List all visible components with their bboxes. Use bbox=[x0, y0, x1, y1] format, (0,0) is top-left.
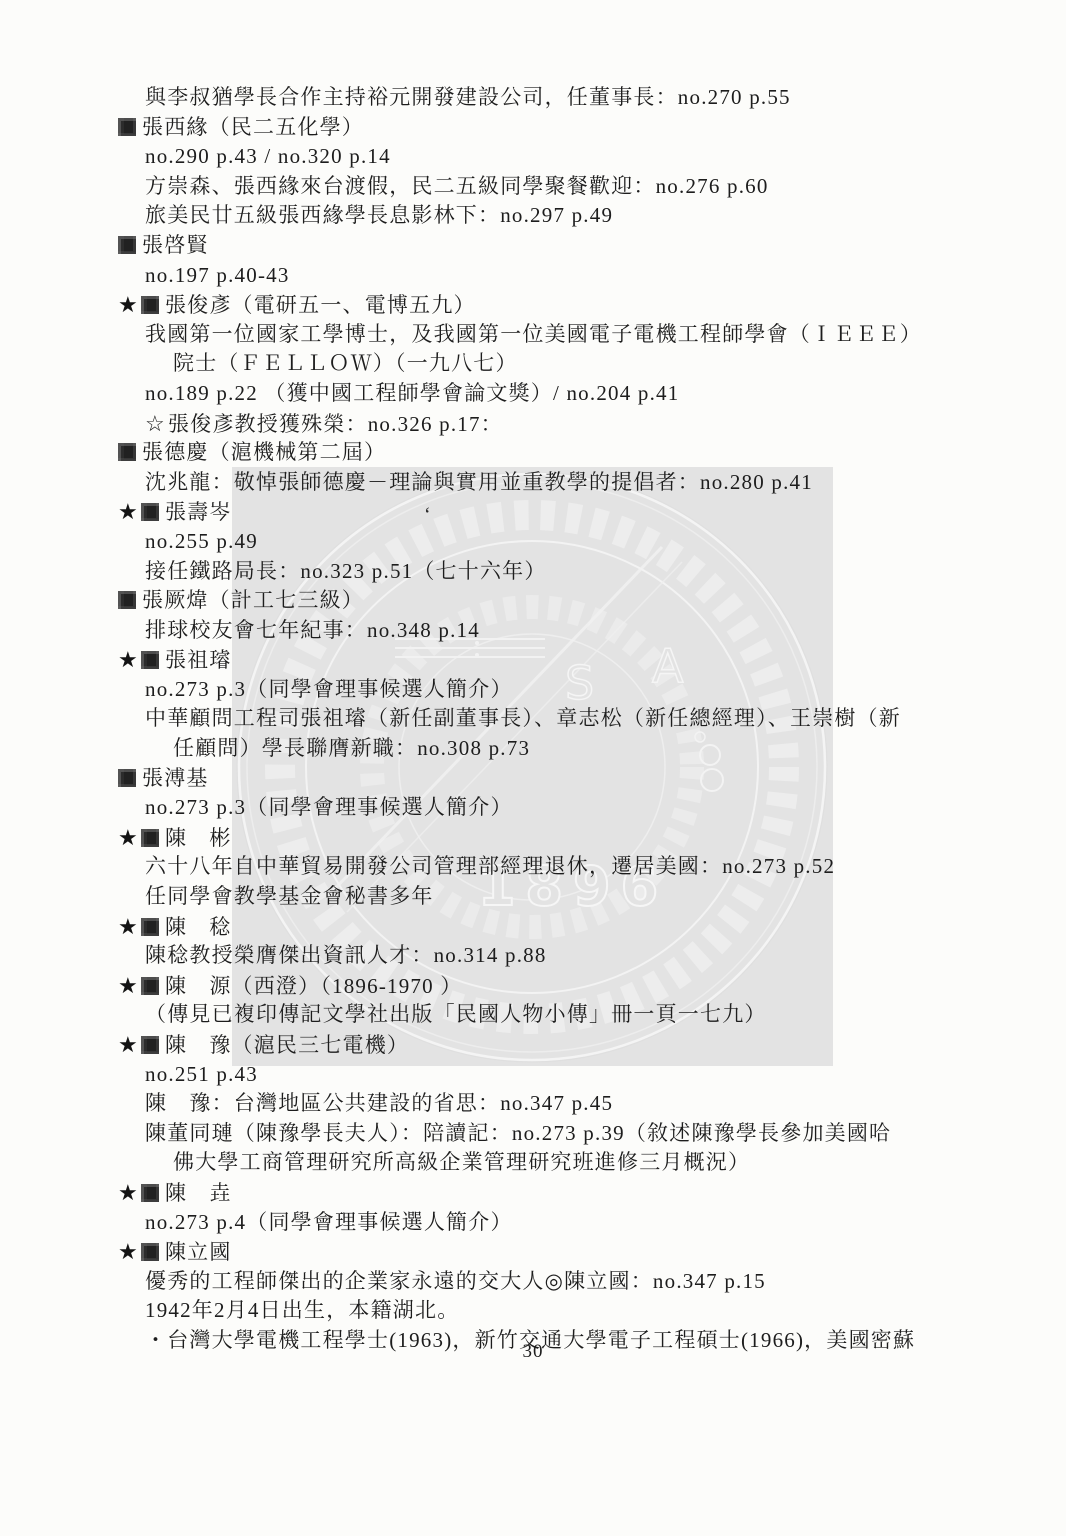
line-text: 旅美民廿五級張西緣學長息影林下：no.297 p.49 bbox=[145, 203, 613, 227]
reference-line: no.290 p.43 / no.320 p.14 bbox=[118, 142, 998, 172]
star-icon: ★ bbox=[118, 1030, 139, 1060]
reference-line: 沈兆龍：敬悼張師德慶－理論與實用並重教學的提倡者：no.280 p.41 bbox=[118, 468, 998, 498]
line-text: no.273 p.4（同學會理事候選人簡介） bbox=[145, 1210, 513, 1234]
line-text: 張西緣（民二五化學） bbox=[142, 115, 364, 139]
reference-line: no.189 p.22 （獲中國工程師學會論文獎）/ no.204 p.41 bbox=[118, 379, 998, 409]
line-text: 張俊彥教授獲殊榮：no.326 p.17： bbox=[168, 412, 503, 436]
reference-line: 中華顧問工程司張祖璿（新任副董事長）、章志松（新任總經理）、王崇樹（新 bbox=[118, 704, 998, 734]
line-text: no.197 p.40-43 bbox=[145, 263, 290, 287]
line-text: 中華顧問工程司張祖璿（新任副董事長）、章志松（新任總經理）、王崇樹（新 bbox=[145, 706, 901, 730]
line-text: 陳 稔 bbox=[165, 915, 232, 939]
line-text: 優秀的工程師傑出的企業家永遠的交大人◎陳立國：no.347 p.15 bbox=[145, 1269, 766, 1293]
entry-line: 張啓賢 bbox=[118, 231, 998, 261]
reference-line: 任顧問）學長聯膺新職：no.308 p.73 bbox=[118, 734, 998, 764]
reference-line: 旅美民廿五級張西緣學長息影林下：no.297 p.49 bbox=[118, 201, 998, 231]
line-text: 方崇森、張西緣來台渡假，民二五級同學聚餐歡迎：no.276 p.60 bbox=[145, 174, 769, 198]
reference-line: no.273 p.4（同學會理事候選人簡介） bbox=[118, 1208, 998, 1238]
line-text: no.251 p.43 bbox=[145, 1062, 258, 1086]
line-text: 佛大學工商管理研究所高級企業管理研究班進修三月概況） bbox=[173, 1150, 750, 1174]
reference-line: 院士（ＦＥＬＬＯＷ）（一九八七） bbox=[118, 349, 998, 379]
reference-line: 接任鐵路局長：no.323 p.51（七十六年） bbox=[118, 557, 998, 587]
ink-stamp-icon bbox=[141, 829, 159, 847]
reference-line: no.273 p.3（同學會理事候選人簡介） bbox=[118, 793, 998, 823]
star-icon: ★ bbox=[118, 645, 139, 675]
ink-stamp-icon bbox=[141, 503, 159, 521]
line-text: 陳立國 bbox=[165, 1240, 232, 1264]
line-text: no.290 p.43 / no.320 p.14 bbox=[145, 144, 391, 168]
star-icon: ★ bbox=[118, 1178, 139, 1208]
reference-line: （傳見已複印傳記文學社出版「民國人物小傳」冊一頁一七九） bbox=[118, 1000, 998, 1030]
star-icon: ★ bbox=[118, 912, 139, 942]
line-text: 任同學會教學基金會秘書多年 bbox=[145, 884, 434, 908]
line-text: 接任鐵路局長：no.323 p.51（七十六年） bbox=[145, 559, 547, 583]
reference-line: no.251 p.43 bbox=[118, 1060, 998, 1090]
ink-stamp-icon bbox=[141, 1184, 159, 1202]
entry-line: ★張俊彥（電研五一、電博五九） bbox=[118, 290, 998, 320]
entry-line: ★陳 豫（滬民三七電機） bbox=[118, 1030, 998, 1060]
ink-stamp-icon bbox=[141, 1243, 159, 1261]
line-text: 張溥基 bbox=[142, 766, 209, 790]
reference-line: 優秀的工程師傑出的企業家永遠的交大人◎陳立國：no.347 p.15 bbox=[118, 1267, 998, 1297]
entry-line: 張溥基 bbox=[118, 764, 998, 794]
scan-artifact-mark: ʻ bbox=[424, 504, 431, 527]
ink-stamp-icon bbox=[141, 977, 159, 995]
line-text: 陳 垚 bbox=[165, 1181, 232, 1205]
ink-stamp-icon bbox=[141, 296, 159, 314]
ink-stamp-icon bbox=[118, 769, 136, 787]
entry-line: ★陳 源（西澄）（1896-1970 ） bbox=[118, 971, 998, 1001]
line-text: 排球校友會七年紀事：no.348 p.14 bbox=[145, 618, 480, 642]
line-text: 陳 彬 bbox=[165, 826, 232, 850]
line-text: 我國第一位國家工學博士，及我國第一位美國電子電機工程師學會（ＩＥＥＥ） bbox=[145, 322, 922, 346]
line-text: 張厥煒（計工七三級） bbox=[142, 588, 364, 612]
entry-line: 張厥煒（計工七三級） bbox=[118, 586, 998, 616]
line-text: 陳稔教授榮膺傑出資訊人才：no.314 p.88 bbox=[145, 943, 547, 967]
entry-line: ★張祖璿 bbox=[118, 645, 998, 675]
line-text: 與李叔猶學長合作主持裕元開發建設公司，任董事長：no.270 p.55 bbox=[145, 85, 791, 109]
reference-line: 陳 豫：台灣地區公共建設的省思：no.347 p.45 bbox=[118, 1089, 998, 1119]
ink-stamp-icon bbox=[118, 443, 136, 461]
scanned-page: S A 1896 與李叔猶學長合作主持裕元開發建設公司，任董事長：no.270 … bbox=[0, 0, 1066, 1536]
line-text: 陳 豫：台灣地區公共建設的省思：no.347 p.45 bbox=[145, 1091, 613, 1115]
line-text: no.255 p.49 bbox=[145, 529, 258, 553]
ink-stamp-icon bbox=[118, 236, 136, 254]
line-text: 陳 源（西澄）（1896-1970 ） bbox=[165, 974, 463, 998]
line-text: 任顧問）學長聯膺新職：no.308 p.73 bbox=[173, 736, 530, 760]
ink-stamp-icon bbox=[118, 591, 136, 609]
line-text: 張啓賢 bbox=[142, 233, 209, 257]
ink-stamp-icon bbox=[118, 118, 136, 136]
reference-line: 陳稔教授榮膺傑出資訊人才：no.314 p.88 bbox=[118, 941, 998, 971]
line-text: 陳 豫（滬民三七電機） bbox=[165, 1033, 409, 1057]
reference-line: no.273 p.3（同學會理事候選人簡介） bbox=[118, 675, 998, 705]
reference-line: 陳董同璉（陳豫學長夫人）：陪讀記：no.273 p.39（敘述陳豫學長參加美國哈 bbox=[118, 1119, 998, 1149]
entry-line: ★張壽岑 bbox=[118, 497, 998, 527]
line-text: 張壽岑 bbox=[165, 500, 232, 524]
index-text-block: 與李叔猶學長合作主持裕元開發建設公司，任董事長：no.270 p.55張西緣（民… bbox=[118, 83, 998, 1356]
reference-line: 與李叔猶學長合作主持裕元開發建設公司，任董事長：no.270 p.55 bbox=[118, 83, 998, 113]
line-text: no.273 p.3（同學會理事候選人簡介） bbox=[145, 677, 513, 701]
star-icon: ★ bbox=[118, 823, 139, 853]
outline-star-icon: ☆ bbox=[145, 409, 166, 439]
line-text: no.189 p.22 （獲中國工程師學會論文獎）/ no.204 p.41 bbox=[145, 381, 679, 405]
entry-line: ★陳 稔 bbox=[118, 912, 998, 942]
entry-line: 張德慶（滬機械第二屆） bbox=[118, 438, 998, 468]
reference-line: 排球校友會七年紀事：no.348 p.14 bbox=[118, 616, 998, 646]
entry-line: ★陳 垚 bbox=[118, 1178, 998, 1208]
entry-line: 張西緣（民二五化學） bbox=[118, 113, 998, 143]
line-text: 張祖璿 bbox=[165, 648, 232, 672]
line-text: 院士（ＦＥＬＬＯＷ）（一九八七） bbox=[173, 351, 518, 375]
line-text: 六十八年自中華貿易開發公司管理部經理退休，遷居美國：no.273 p.52 bbox=[145, 854, 835, 878]
reference-line: no.197 p.40-43 bbox=[118, 261, 998, 291]
entry-line: ★陳立國 bbox=[118, 1237, 998, 1267]
entry-line: ★陳 彬 bbox=[118, 823, 998, 853]
ink-stamp-icon bbox=[141, 918, 159, 936]
reference-line: ☆張俊彥教授獲殊榮：no.326 p.17： bbox=[118, 409, 998, 439]
reference-line: 1942年2月4日出生，本籍湖北。 bbox=[118, 1296, 998, 1326]
reference-line: 任同學會教學基金會秘書多年 bbox=[118, 882, 998, 912]
reference-line: no.255 p.49 bbox=[118, 527, 998, 557]
page-number: 30 bbox=[0, 1341, 1066, 1363]
reference-line: 我國第一位國家工學博士，及我國第一位美國電子電機工程師學會（ＩＥＥＥ） bbox=[118, 320, 998, 350]
reference-line: 六十八年自中華貿易開發公司管理部經理退休，遷居美國：no.273 p.52 bbox=[118, 852, 998, 882]
ink-stamp-icon bbox=[141, 651, 159, 669]
star-icon: ★ bbox=[118, 971, 139, 1001]
line-text: no.273 p.3（同學會理事候選人簡介） bbox=[145, 795, 513, 819]
line-text: 張德慶（滬機械第二屆） bbox=[142, 440, 386, 464]
reference-line: 方崇森、張西緣來台渡假，民二五級同學聚餐歡迎：no.276 p.60 bbox=[118, 172, 998, 202]
ink-stamp-icon bbox=[141, 1036, 159, 1054]
line-text: 陳董同璉（陳豫學長夫人）：陪讀記：no.273 p.39（敘述陳豫學長參加美國哈 bbox=[145, 1121, 891, 1145]
star-icon: ★ bbox=[118, 1237, 139, 1267]
line-text: 張俊彥（電研五一、電博五九） bbox=[165, 293, 476, 317]
star-icon: ★ bbox=[118, 497, 139, 527]
line-text: 沈兆龍：敬悼張師德慶－理論與實用並重教學的提倡者：no.280 p.41 bbox=[145, 470, 813, 494]
line-text: （傳見已複印傳記文學社出版「民國人物小傳」冊一頁一七九） bbox=[145, 1002, 767, 1026]
reference-line: 佛大學工商管理研究所高級企業管理研究班進修三月概況） bbox=[118, 1148, 998, 1178]
star-icon: ★ bbox=[118, 290, 139, 320]
line-text: 1942年2月4日出生，本籍湖北。 bbox=[145, 1298, 459, 1322]
